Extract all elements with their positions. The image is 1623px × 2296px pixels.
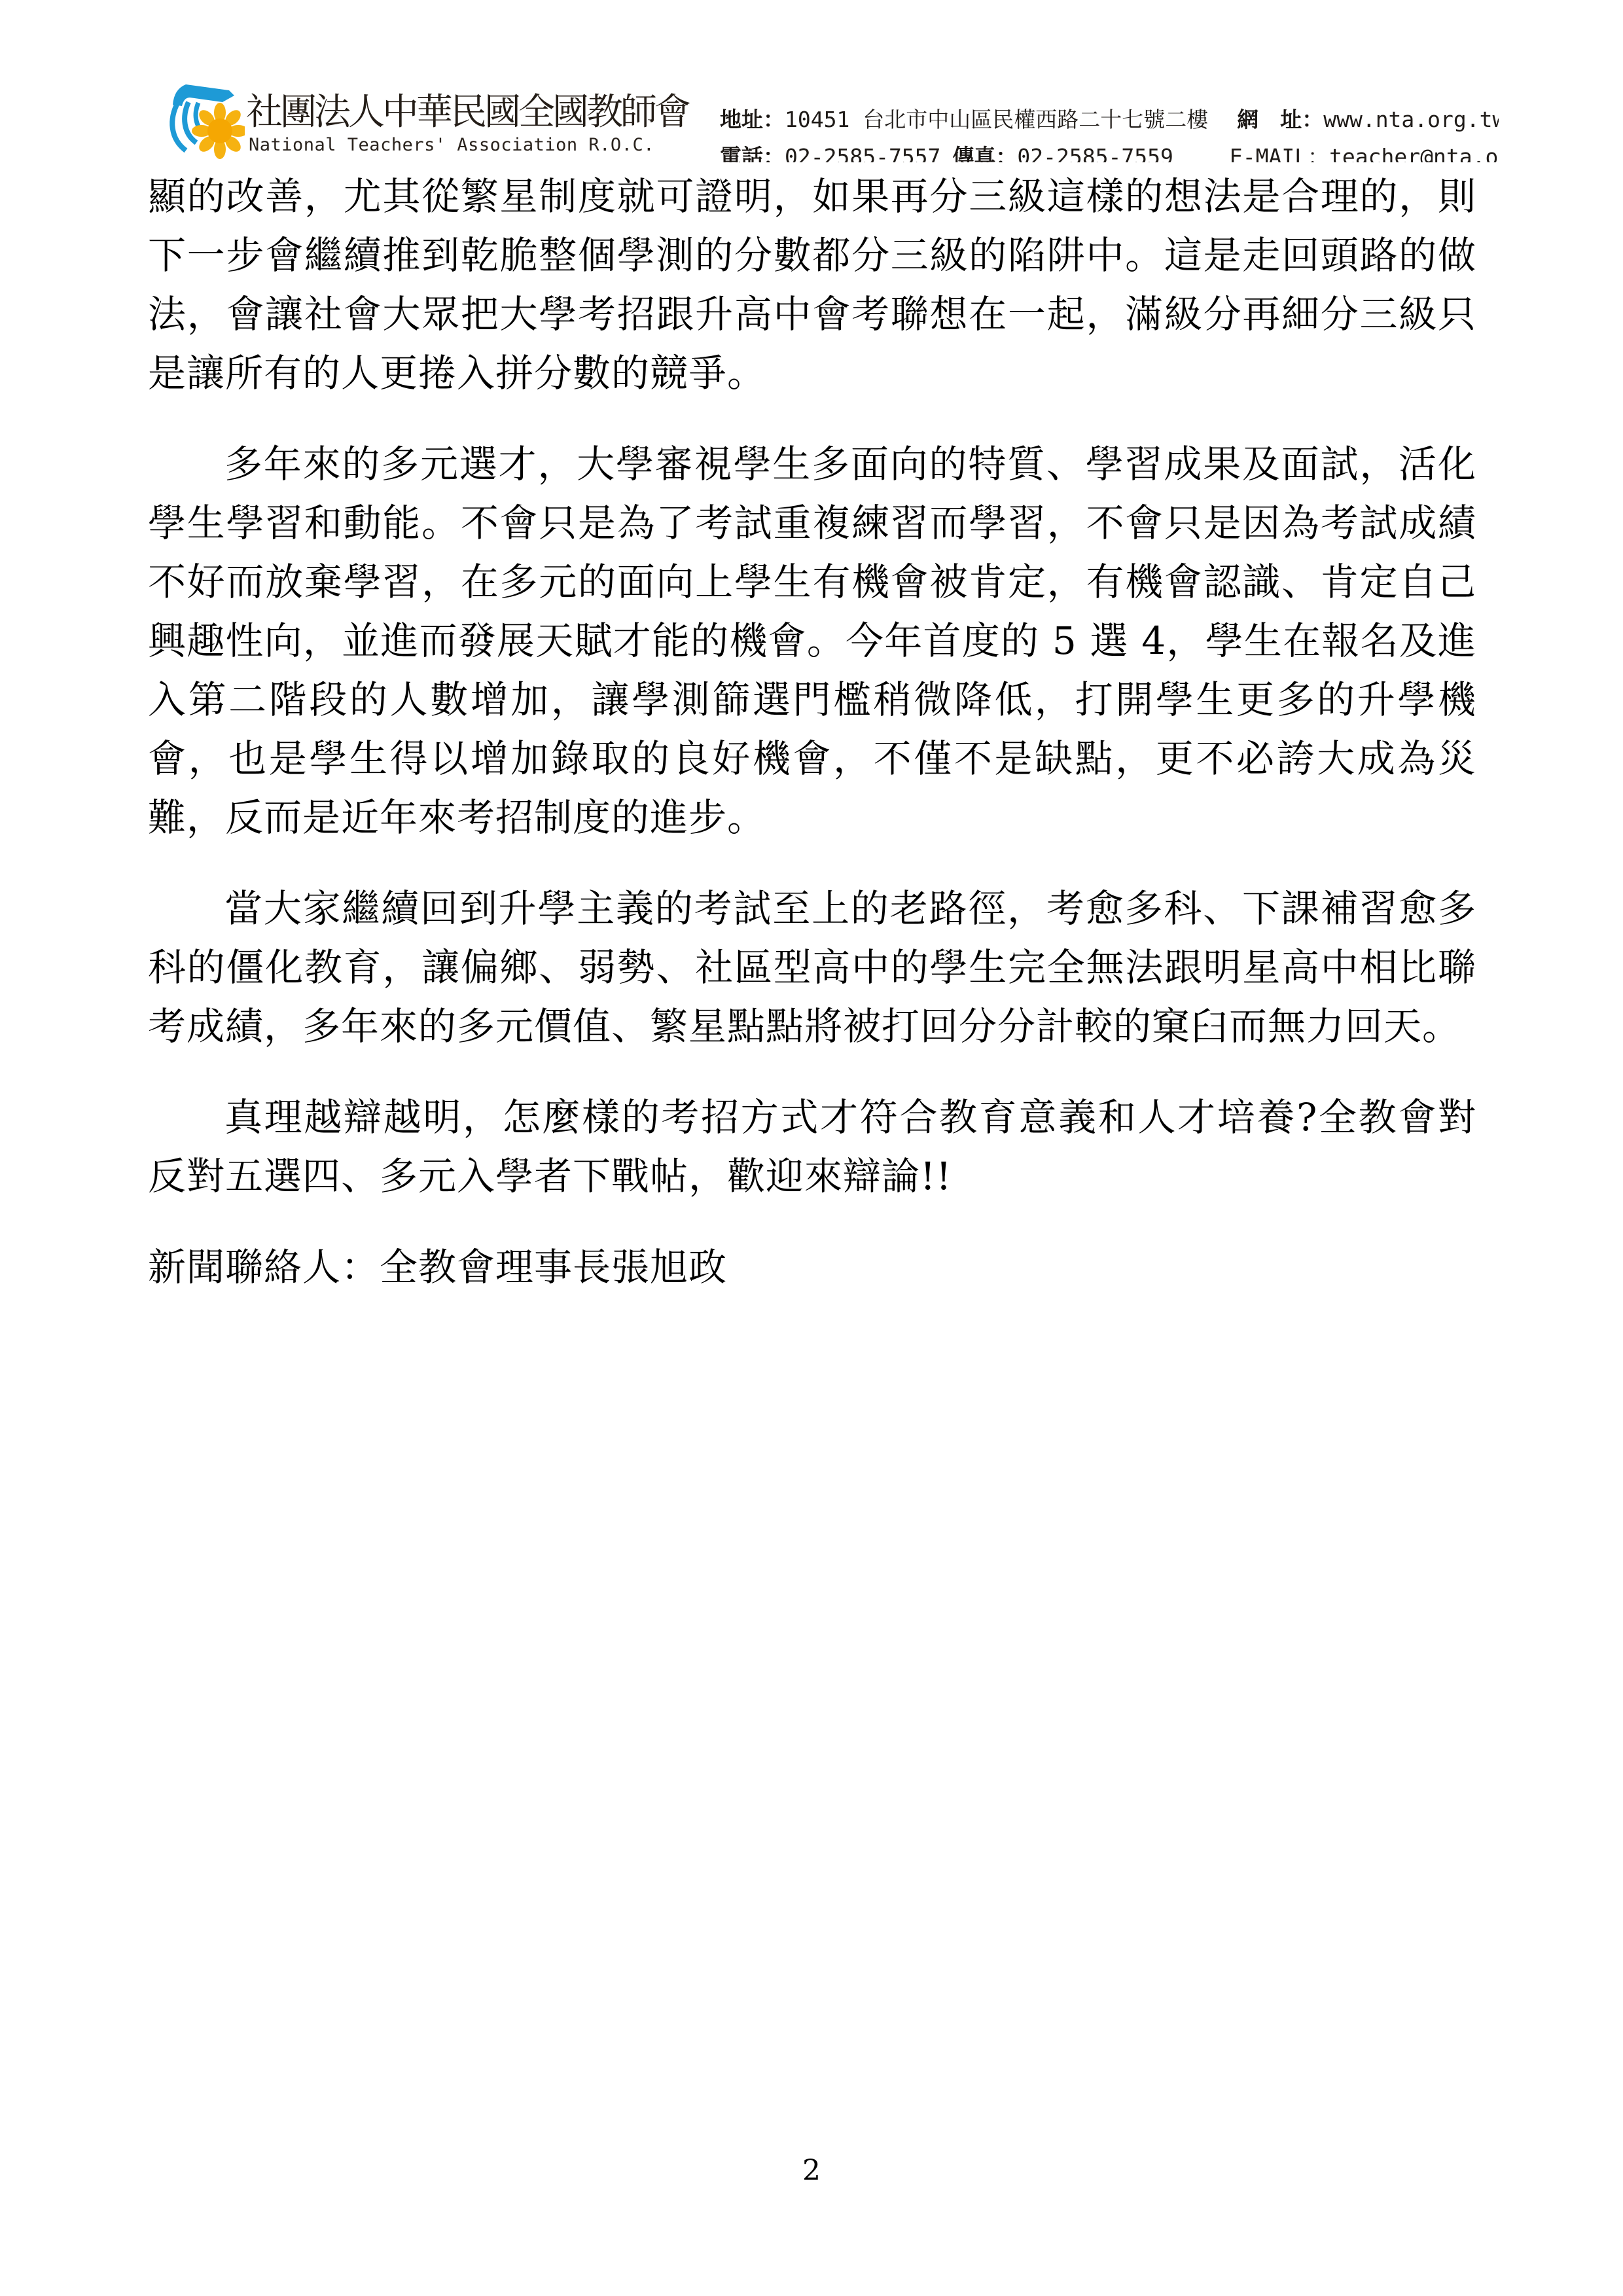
email-value: teacher@nta.org.tw [1329,144,1499,162]
org-name-en: National Teachers' Association R.O.C. [249,135,654,155]
paragraph-1: 顯的改善，尤其從繁星制度就可證明，如果再分三級這樣的想法是合理的，則下一步會繼續… [148,167,1476,403]
contact-info-block: 地址：10451 台北市中山區民權西路二十七號二樓網 址：www.nta.org… [720,108,1499,162]
document-page: 社團法人中華民國全國教師會 National Teachers' Associa… [0,0,1623,2296]
address-label: 地址： [720,108,785,132]
document-body: 顯的改善，尤其從繁星制度就可證明，如果再分三級這樣的想法是合理的，則下一步會繼續… [148,167,1476,1329]
phone-value: 02-2585-7557 [785,144,940,162]
website-value: www.nta.org.tw [1323,108,1499,132]
fax-label: 傳真： [952,145,1017,162]
website-label: 網 址： [1237,108,1323,132]
org-name-zh: 社團法人中華民國全國教師會 [246,89,730,136]
paragraph-3: 當大家繼續回到升學主義的考試至上的老路徑，考愈多科、下課補習愈多科的僵化教育，讓… [148,879,1476,1056]
page-number: 2 [0,2155,1623,2187]
phone-label: 電話： [720,145,785,162]
address-row: 地址：10451 台北市中山區民權西路二十七號二樓網 址：www.nta.org… [720,108,1499,132]
paragraph-4: 真理越辯越明，怎麼樣的考招方式才符合教育意義和人才培養?全教會對反對五選四、多元… [148,1088,1476,1206]
address-value: 10451 台北市中山區民權西路二十七號二樓 [785,108,1208,132]
press-contact-line: 新聞聯絡人：全教會理事長張旭政 [148,1238,1476,1297]
fax-value: 02-2585-7559 [1017,144,1173,162]
paragraph-2: 多年來的多元選才，大學審視學生多面向的特質、學習成果及面試，活化學生學習和動能。… [148,435,1476,847]
phone-row: 電話：02-2585-7557傳真：02-2585-7559E-MAIL：tea… [720,145,1499,162]
sunflower-center [207,118,232,143]
nta-logo-icon [164,76,245,161]
email-label: E-MAIL： [1230,144,1329,162]
letterhead: 社團法人中華民國全國教師會 National Teachers' Associa… [0,0,1623,164]
